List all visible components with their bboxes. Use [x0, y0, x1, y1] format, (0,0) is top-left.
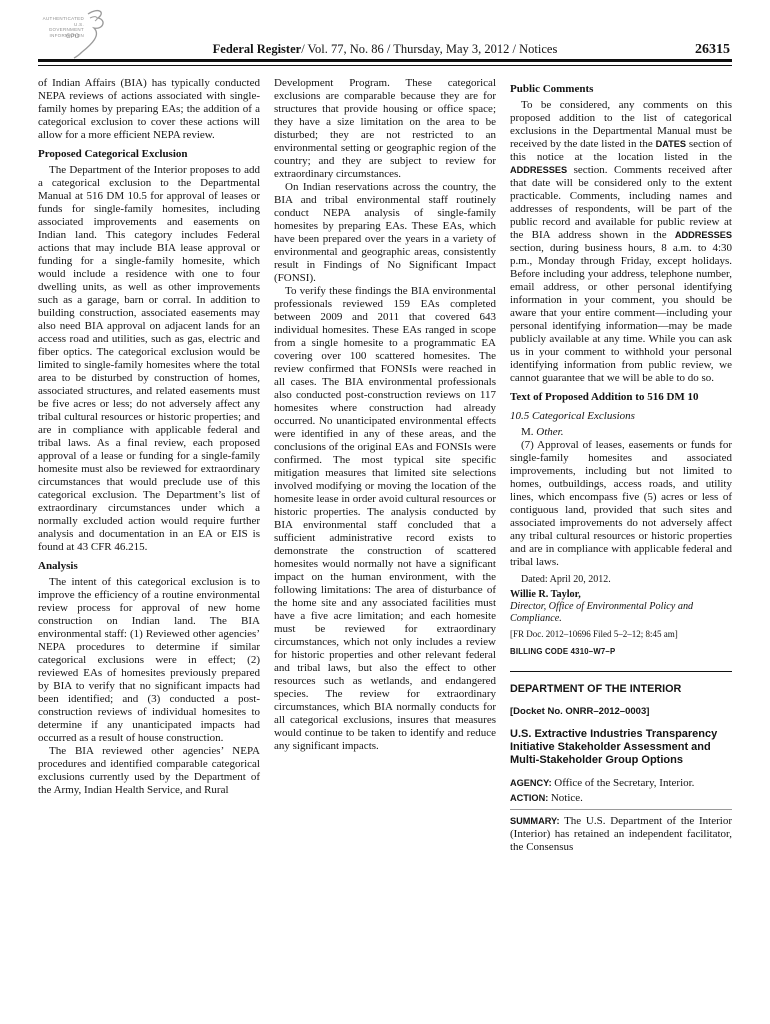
- seal-gpo-text: GPO: [66, 34, 79, 40]
- masthead-rule: [38, 59, 732, 66]
- journal-title: Federal Register: [213, 42, 302, 56]
- keyword-reference: ADDRESSES: [510, 165, 567, 175]
- column-3: Public CommentsTo be considered, any com…: [510, 77, 732, 856]
- paragraph: M. Other.: [510, 426, 732, 439]
- section-heading: Analysis: [38, 560, 260, 573]
- text-run: Notice.: [551, 792, 583, 804]
- text-run: M.: [521, 426, 536, 438]
- dated-line: Dated: April 20, 2012.: [510, 573, 732, 586]
- paragraph: The Department of the Interior proposes …: [38, 164, 260, 554]
- paragraph: The intent of this categorical exclusion…: [38, 576, 260, 745]
- notice-title: U.S. Extractive Industries Transparency …: [510, 728, 732, 767]
- keyword-reference: AGENCY:: [510, 778, 554, 788]
- section-heading: Public Comments: [510, 83, 732, 96]
- section-heading: Proposed Categorical Exclusion: [38, 148, 260, 161]
- masthead: AUTHENTICATED U.S. GOVERNMENT INFORMATIO…: [0, 0, 770, 66]
- docket-number: [Docket No. ONRR–2012–0003]: [510, 705, 732, 718]
- paragraph: To be considered, any comments on this p…: [510, 99, 732, 385]
- column-1: of Indian Affairs (BIA) has typically co…: [38, 77, 260, 856]
- text-run: Other.: [536, 426, 563, 438]
- keyword-reference: DATES: [656, 139, 686, 149]
- issue-info: / Vol. 77, No. 86 / Thursday, May 3, 201…: [301, 42, 557, 56]
- agency-line: AGENCY: Office of the Secretary, Interio…: [510, 777, 732, 790]
- department-heading: DEPARTMENT OF THE INTERIOR: [510, 683, 732, 696]
- subsection-heading: 10.5 Categorical Exclusions: [510, 410, 732, 423]
- summary-divider: [510, 809, 732, 810]
- paragraph: The BIA reviewed other agencies’ NEPA pr…: [38, 745, 260, 797]
- fr-doc-line: [FR Doc. 2012–10696 Filed 5–2–12; 8:45 a…: [510, 628, 732, 641]
- signature-title: Director, Office of Environmental Policy…: [510, 601, 732, 625]
- summary-paragraph: SUMMARY: The U.S. Department of the Inte…: [510, 815, 732, 854]
- keyword-reference: ADDRESSES: [675, 230, 732, 240]
- keyword-reference: ACTION:: [510, 793, 551, 803]
- article-columns: of Indian Affairs (BIA) has typically co…: [0, 66, 770, 856]
- section-heading: Text of Proposed Addition to 516 DM 10: [510, 391, 732, 404]
- paragraph: On Indian reservations across the countr…: [274, 181, 496, 285]
- keyword-reference: SUMMARY:: [510, 816, 564, 826]
- text-run: Office of the Secretary, Interior.: [554, 777, 694, 789]
- section-divider: [510, 671, 732, 672]
- column-2: Development Program. These categorical e…: [274, 77, 496, 856]
- signature-name: Willie R. Taylor,: [510, 588, 732, 601]
- federal-register-page: AUTHENTICATED U.S. GOVERNMENT INFORMATIO…: [0, 0, 770, 1024]
- billing-code: BILLING CODE 4310–W7–P: [510, 645, 732, 658]
- text-run: section, during business hours, 8 a.m. t…: [510, 242, 732, 384]
- paragraph: (7) Approval of leases, easements or fun…: [510, 439, 732, 569]
- action-line: ACTION: Notice.: [510, 792, 732, 805]
- paragraph: To verify these findings the BIA environ…: [274, 285, 496, 753]
- paragraph: of Indian Affairs (BIA) has typically co…: [38, 77, 260, 142]
- masthead-title-row: Federal Register/ Vol. 77, No. 86 / Thur…: [38, 42, 732, 57]
- paragraph: Development Program. These categorical e…: [274, 77, 496, 181]
- page-number: 26315: [695, 42, 730, 58]
